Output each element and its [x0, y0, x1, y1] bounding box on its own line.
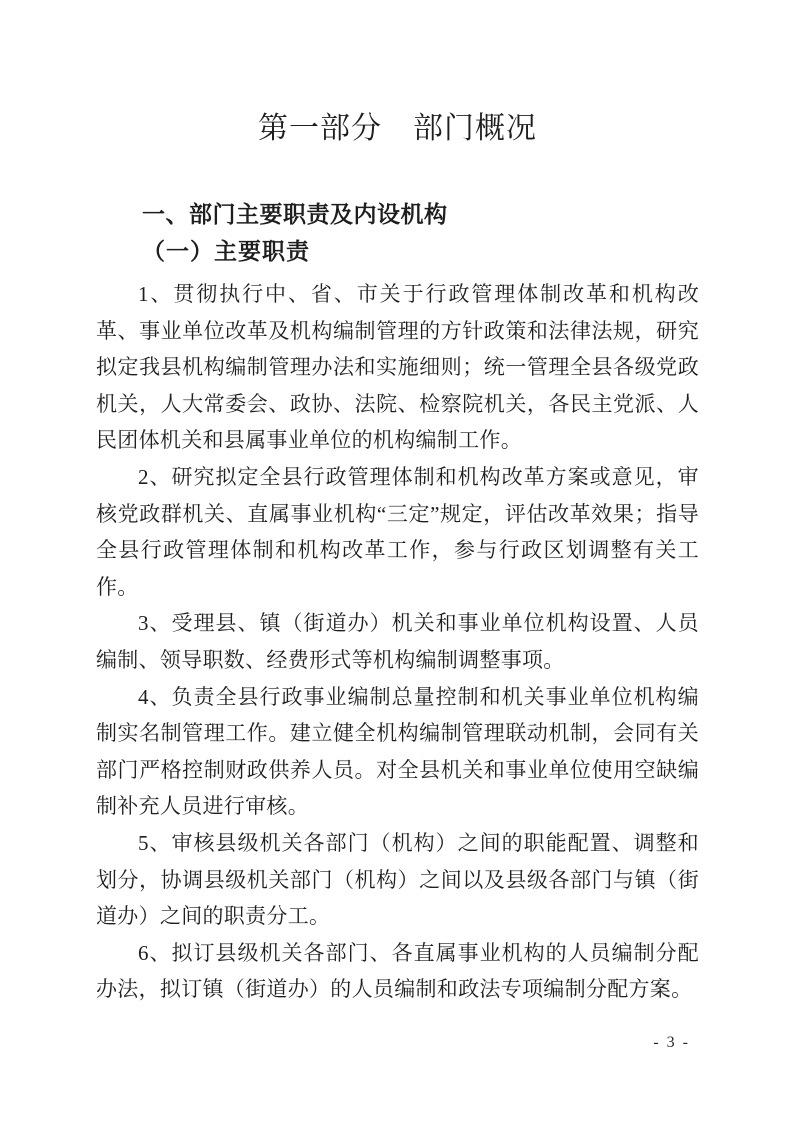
paragraph-duty-4: 4、负责全县行政事业编制总量控制和机关事业单位机构编制实名制管理工作。建立健全机…: [96, 679, 699, 825]
document-title: 第一部分 部门概况: [96, 107, 699, 151]
paragraph-duty-6: 6、拟订县级机关各部门、各直属事业机构的人员编制分配办法，拟订镇（街道办）的人员…: [96, 935, 699, 1008]
paragraph-duty-3: 3、受理县、镇（街道办）机关和事业单位机构设置、人员编制、领导职数、经费形式等机…: [96, 605, 699, 678]
page-number: - 3 -: [653, 1033, 690, 1053]
document-page: 第一部分 部门概况 一、部门主要职责及内设机构 （一）主要职责 1、贯彻执行中、…: [0, 0, 793, 1122]
subsection-heading: （一）主要职责: [96, 233, 699, 271]
paragraph-duty-1: 1、贯彻执行中、省、市关于行政管理体制改革和机构改革、事业单位改革及机构编制管理…: [96, 276, 699, 459]
paragraph-duty-2: 2、研究拟定全县行政管理体制和机构改革方案或意见，审核党政群机关、直属事业机构“…: [96, 459, 699, 605]
section-heading: 一、部门主要职责及内设机构: [96, 195, 699, 233]
body-paragraphs: 1、贯彻执行中、省、市关于行政管理体制改革和机构改革、事业单位改革及机构编制管理…: [96, 276, 699, 1008]
paragraph-duty-5: 5、审核县级机关各部门（机构）之间的职能配置、调整和划分，协调县级机关部门（机构…: [96, 825, 699, 935]
